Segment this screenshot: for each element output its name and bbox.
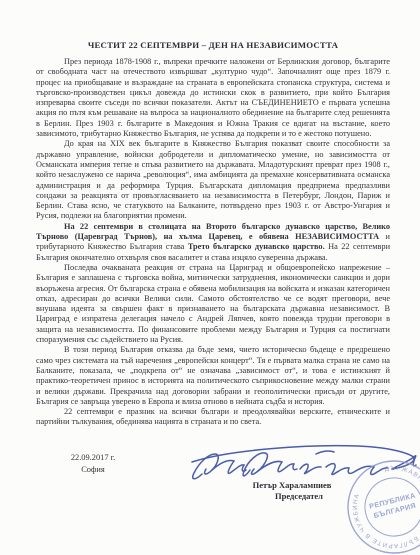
paragraph-text: 22 септември е празник на всички българи… xyxy=(36,407,390,426)
document-body: През периода 1878-1908 г., въпреки пречк… xyxy=(36,57,390,428)
paragraph-text: През периода 1878-1908 г., въпреки пречк… xyxy=(36,57,390,138)
paragraph: На 22 септември в столицата на Второто б… xyxy=(36,222,390,263)
date-block: 22.09.2017 г. София xyxy=(62,452,124,476)
official-stamp: ДЪРЖАВНА АГЕНЦИЯ ЗА БЪЛГАРИТЕ В ЧУЖБИНА … xyxy=(338,455,420,555)
document-page: ЧЕСТИТ 22 СЕПТЕМВРИ – ДЕН НА НЕЗАВИСИМОС… xyxy=(0,0,420,555)
paragraph: Последва очакваната реакция от страна на… xyxy=(36,263,390,345)
paragraph: 22 септември е празник на всички българи… xyxy=(36,407,390,428)
document-city: София xyxy=(62,464,124,476)
document-date: 22.09.2017 г. xyxy=(62,452,124,464)
paragraph: До края на XIX век българите в Княжество… xyxy=(36,139,390,221)
paragraph-text: До края на XIX век българите в Княжество… xyxy=(36,139,390,220)
paragraph-text: Последва очакваната реакция от страна на… xyxy=(36,263,390,344)
paragraph-text: В този период България отказва да бъде з… xyxy=(36,345,390,405)
document-title: ЧЕСТИТ 22 СЕПТЕМВРИ – ДЕН НА НЕЗАВИСИМОС… xyxy=(36,40,390,50)
paragraph-text: На 22 септември в столицата на Второто б… xyxy=(36,222,390,241)
paragraph: В този период България отказва да бъде з… xyxy=(36,345,390,407)
paragraph-text: Трето българско дунавско царство. xyxy=(188,242,325,251)
paragraph: През периода 1878-1908 г., въпреки пречк… xyxy=(36,57,390,139)
